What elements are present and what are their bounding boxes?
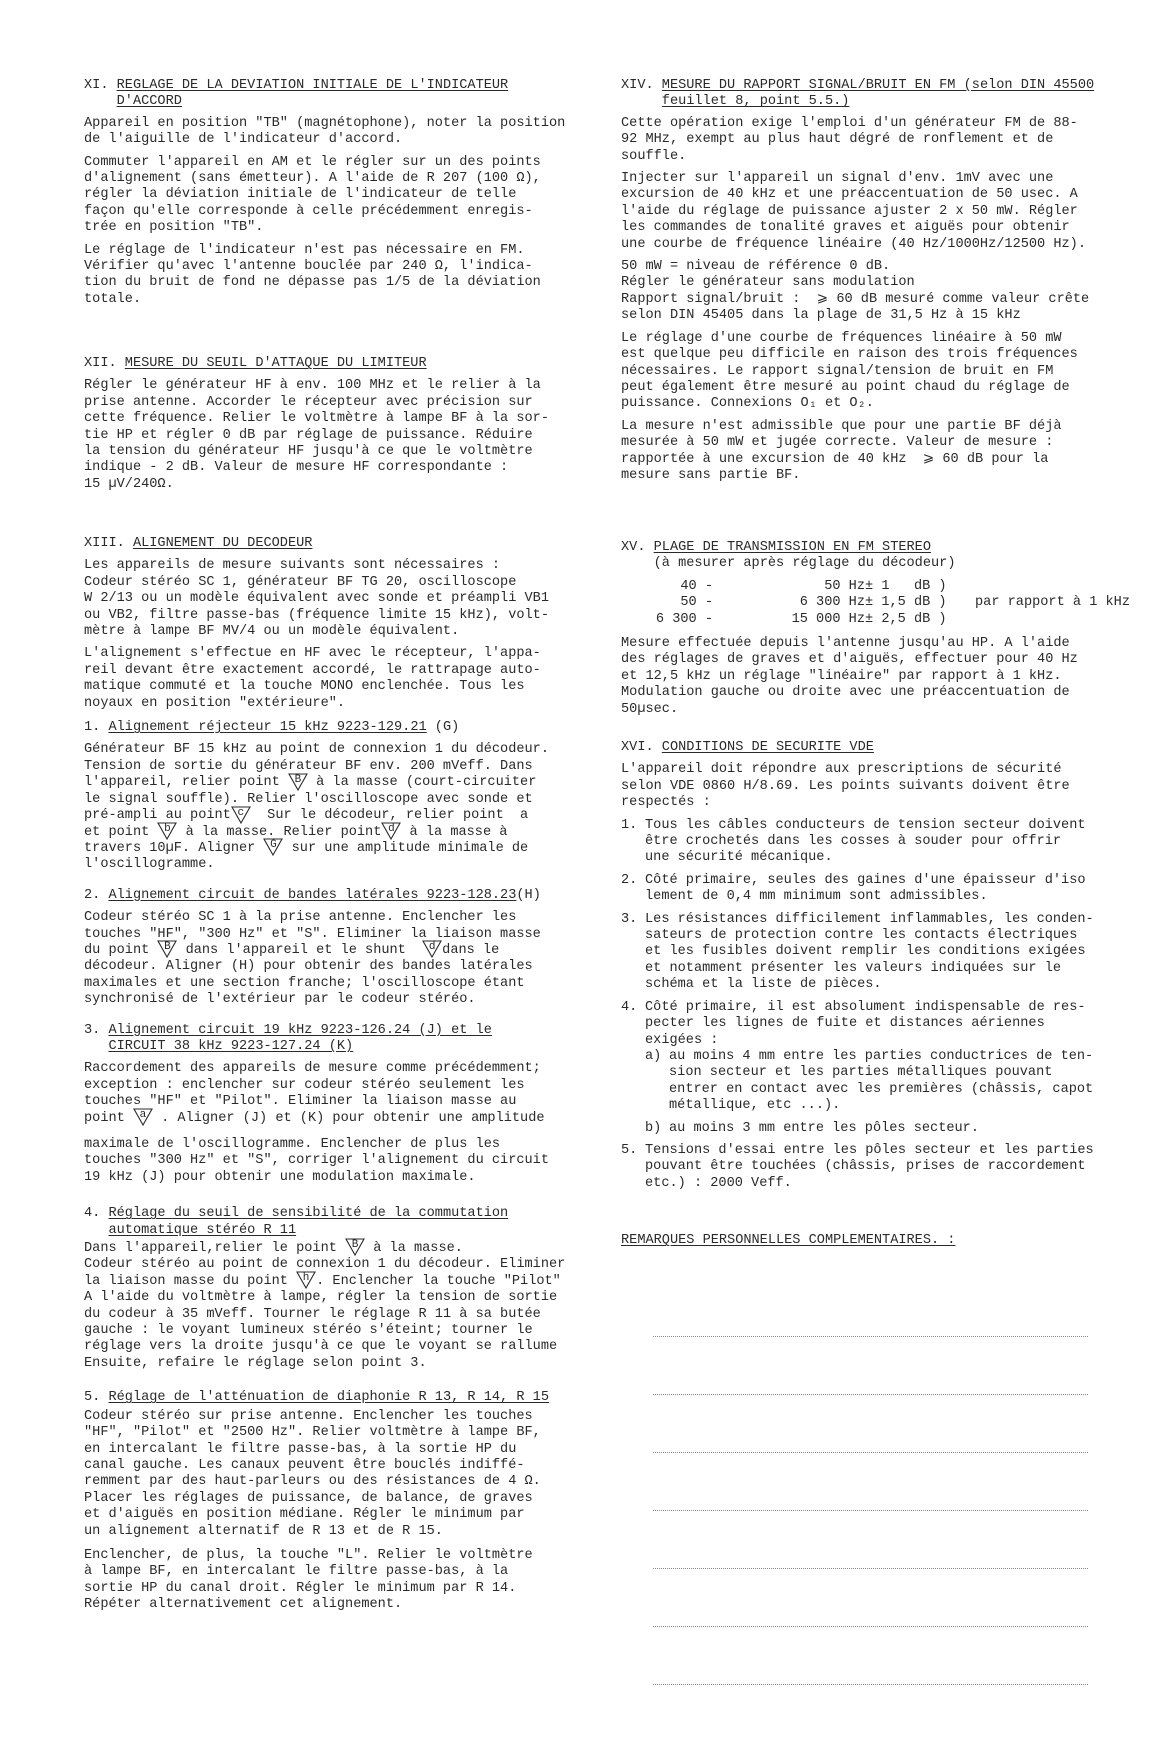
list-subitem: a) au moins 4 mm entre les parties condu…: [645, 1049, 1141, 1115]
remarks-blank-line: [653, 1568, 1088, 1569]
test-point-marker-icon: B: [288, 776, 308, 788]
paragraph: Appareil en position "TB" (magnétophone)…: [84, 116, 594, 149]
remarks-section: REMARQUES PERSONNELLES COMPLEMENTAIRES. …: [621, 1233, 1141, 1249]
paragraph: Les appareils de mesure suivants sont né…: [84, 558, 594, 640]
step-3-header: 3. Alignement circuit 19 kHz 9223-126.24…: [84, 1023, 594, 1056]
paragraph: Le réglage de l'indicateur n'est pas néc…: [84, 243, 594, 309]
text-line: le signal souffle). Relier l'oscilloscop…: [84, 792, 594, 808]
text-line: Ensuite, refaire le réglage selon point …: [84, 1356, 594, 1372]
paragraph: Cette opération exige l'emploi d'un géné…: [621, 116, 1141, 165]
text-line: exception : enclencher sur codeur stéréo…: [84, 1078, 594, 1094]
test-point-marker-icon: b: [157, 825, 177, 837]
test-point-marker-icon: h: [296, 1274, 316, 1286]
section-xv-header: XV. PLAGE DE TRANSMISSION EN FM STEREO (…: [621, 540, 1141, 573]
section-xiii-header: XIII. ALIGNEMENT DU DECODEUR: [84, 536, 594, 552]
text-line: canal gauche. Les canaux peuvent être bo…: [84, 1458, 594, 1474]
freq-row: 50 - 6 300 Hz ± 1,5 dB ) par rapport à 1…: [621, 595, 1141, 611]
text-line: Codeur stéréo SC 1 à la prise antenne. E…: [84, 910, 594, 926]
list-item: 1. Tous les câbles conducteurs de tensio…: [621, 818, 1141, 867]
text-line: touches "HF" et "Pilot". Eliminer la lia…: [84, 1094, 594, 1110]
step-4-body: Dans l'appareil,relier le point B à la m…: [84, 1241, 594, 1372]
paragraph: Commuter l'appareil en AM et le régler s…: [84, 155, 594, 237]
test-point-marker-icon: B: [157, 943, 177, 955]
text-line: Raccordement des appareils de mesure com…: [84, 1061, 594, 1077]
text-line: touches "300 Hz" et "S", corriger l'alig…: [84, 1153, 594, 1169]
freq-row: 6 300 - 15 000 Hz ± 2,5 dB ): [621, 612, 1141, 628]
safety-list: 1. Tous les câbles conducteurs de tensio…: [621, 818, 1141, 1193]
section-xii-header: XII. MESURE DU SEUIL D'ATTAQUE DU LIMITE…: [84, 356, 594, 372]
text-line: Tension de sortie du générateur BF env. …: [84, 759, 594, 775]
text-line: la liaison masse du point h. Enclencher …: [84, 1274, 594, 1290]
step-5-body: Codeur stéréo sur prise antenne. Enclenc…: [84, 1409, 594, 1540]
text-line: du point B dans l'appareil et le shunt d…: [84, 943, 594, 959]
text-line: réglage vers la droite jusqu'à ce que le…: [84, 1339, 594, 1355]
test-point-marker-icon: c: [231, 809, 251, 821]
frequency-table: 40 - 50 Hz ± 1 dB ) 50 - 6 300 Hz ± 1,5 …: [621, 579, 1141, 628]
text-line: remment par des haut-parleurs ou des rés…: [84, 1474, 594, 1490]
step-2-header: 2. Alignement circuit de bandes latérale…: [84, 888, 594, 904]
list-item: 2. Côté primaire, seules des gaines d'un…: [621, 873, 1141, 906]
section-xi-header: XI. REGLAGE DE LA DEVIATION INITIALE DE …: [84, 78, 594, 111]
text-line: synchronisé de l'extérieur par le codeur…: [84, 992, 594, 1008]
section-xv: XV. PLAGE DE TRANSMISSION EN FM STEREO (…: [621, 540, 1141, 724]
text-line: "HF", "Pilot" et "2500 Hz". Relier voltm…: [84, 1425, 594, 1441]
text-line: travers 10µF. Aligner G sur une amplitud…: [84, 841, 594, 857]
section-xi-title-line1: REGLAGE DE LA DEVIATION INITIALE DE L'IN…: [117, 78, 509, 93]
section-xiii-title: ALIGNEMENT DU DECODEUR: [133, 536, 312, 552]
test-point-marker-icon: a: [133, 1111, 153, 1123]
text-line: A l'aide du voltmètre à lampe, régler la…: [84, 1290, 594, 1306]
text-line: Générateur BF 15 kHz au point de connexi…: [84, 742, 594, 758]
remarks-title: REMARQUES PERSONNELLES COMPLEMENTAIRES. …: [621, 1233, 955, 1248]
list-item: 3. Les résistances difficilement inflamm…: [621, 912, 1141, 994]
remarks-blank-line: [653, 1510, 1088, 1511]
section-xv-subtitle: (à mesurer après réglage du décodeur): [654, 556, 956, 571]
remarks-blank-line: [653, 1626, 1088, 1627]
section-xvi-header: XVI. CONDITIONS DE SECURITE VDE: [621, 740, 1141, 756]
section-xi-title-line2: D'ACCORD: [117, 94, 182, 109]
step-3-body-continued: maximale de l'oscillogramme. Enclencher …: [84, 1137, 594, 1186]
step-3-body: Raccordement des appareils de mesure com…: [84, 1061, 594, 1127]
text-line: Dans l'appareil,relier le point B à la m…: [84, 1241, 594, 1257]
section-xiv: XIV. MESURE DU RAPPORT SIGNAL/BRUIT EN F…: [621, 78, 1141, 490]
paragraph: La mesure n'est admissible que pour une …: [621, 419, 1141, 485]
text-line: maximale de l'oscillogramme. Enclencher …: [84, 1137, 594, 1153]
step-1-header: 1. Alignement réjecteur 15 kHz 9223-129.…: [84, 720, 594, 736]
text-line: l'appareil, relier point B à la masse (c…: [84, 775, 594, 791]
text-line: décodeur. Aligner (H) pour obtenir des b…: [84, 959, 594, 975]
freq-row: 40 - 50 Hz ± 1 dB ): [621, 579, 1141, 595]
paragraph: Enclencher, de plus, la touche "L". Reli…: [84, 1548, 594, 1614]
test-point-marker-icon: d: [422, 943, 442, 955]
list-subitem: b) au moins 3 mm entre les pôles secteur…: [645, 1121, 1141, 1137]
paragraph: Régler le générateur HF à env. 100 MHz e…: [84, 378, 594, 493]
step-2-body: Codeur stéréo SC 1 à la prise antenne. E…: [84, 910, 594, 1008]
sub-list: a) au moins 4 mm entre les parties condu…: [621, 1049, 1141, 1137]
text-line: Codeur stéréo au point de connexion 1 du…: [84, 1257, 594, 1273]
text-line: et d'aiguës en position médiane. Régler …: [84, 1507, 594, 1523]
text-line: et point b à la masse. Relier pointd à l…: [84, 825, 594, 841]
paragraph: L'alignement s'effectue en HF avec le ré…: [84, 646, 594, 712]
text-line: gauche : le voyant lumineux stéréo s'éte…: [84, 1323, 594, 1339]
text-line: un alignement alternatif de R 13 et de R…: [84, 1524, 594, 1540]
step-4-header: 4. Réglage du seuil de sensibilité de la…: [84, 1206, 594, 1239]
test-point-marker-icon: B: [345, 1241, 365, 1253]
list-item: 4. Côté primaire, il est absolument indi…: [621, 1000, 1141, 1049]
section-xvi: XVI. CONDITIONS DE SECURITE VDE L'appare…: [621, 740, 1141, 1198]
section-xii-title: MESURE DU SEUIL D'ATTAQUE DU LIMITEUR: [125, 356, 427, 372]
remarks-blank-line: [653, 1684, 1088, 1685]
text-line: Codeur stéréo sur prise antenne. Enclenc…: [84, 1409, 594, 1425]
remarks-blank-line: [653, 1394, 1088, 1395]
text-line: en intercalant le filtre passe-bas, à la…: [84, 1442, 594, 1458]
section-xiii: XIII. ALIGNEMENT DU DECODEUR Les apparei…: [84, 536, 594, 1620]
list-item: 5. Tensions d'essai entre les pôles sect…: [621, 1143, 1141, 1192]
text-line: Placer les réglages de puissance, de bal…: [84, 1491, 594, 1507]
section-xii: XII. MESURE DU SEUIL D'ATTAQUE DU LIMITE…: [84, 356, 594, 499]
step-1-body: Générateur BF 15 kHz au point de connexi…: [84, 742, 594, 873]
remarks-blank-line: [653, 1452, 1088, 1453]
remarks-blank-line: [653, 1336, 1088, 1337]
paragraph: Mesure effectuée depuis l'antenne jusqu'…: [621, 636, 1141, 718]
text-line: maximales et une section franche; l'osci…: [84, 976, 594, 992]
paragraph: Injecter sur l'appareil un signal d'env.…: [621, 171, 1141, 253]
paragraph: 50 mW = niveau de référence 0 dB. Régler…: [621, 259, 1141, 325]
paragraph: Le réglage d'une courbe de fréquences li…: [621, 331, 1141, 413]
test-point-marker-icon: G: [263, 841, 283, 853]
section-xiv-header: XIV. MESURE DU RAPPORT SIGNAL/BRUIT EN F…: [621, 78, 1141, 111]
section-xi: XI. REGLAGE DE LA DEVIATION INITIALE DE …: [84, 78, 594, 314]
text-line: point a . Aligner (J) et (K) pour obteni…: [84, 1111, 594, 1127]
paragraph: L'appareil doit répondre aux prescriptio…: [621, 762, 1141, 811]
text-line: 19 kHz (J) pour obtenir une modulation m…: [84, 1170, 594, 1186]
test-point-marker-icon: d: [381, 825, 401, 837]
text-line: l'oscillogramme.: [84, 857, 594, 873]
step-5-header: 5. Réglage de l'atténuation de diaphonie…: [84, 1390, 594, 1406]
text-line: du codeur à 35 mVeff. Tourner le réglage…: [84, 1307, 594, 1323]
